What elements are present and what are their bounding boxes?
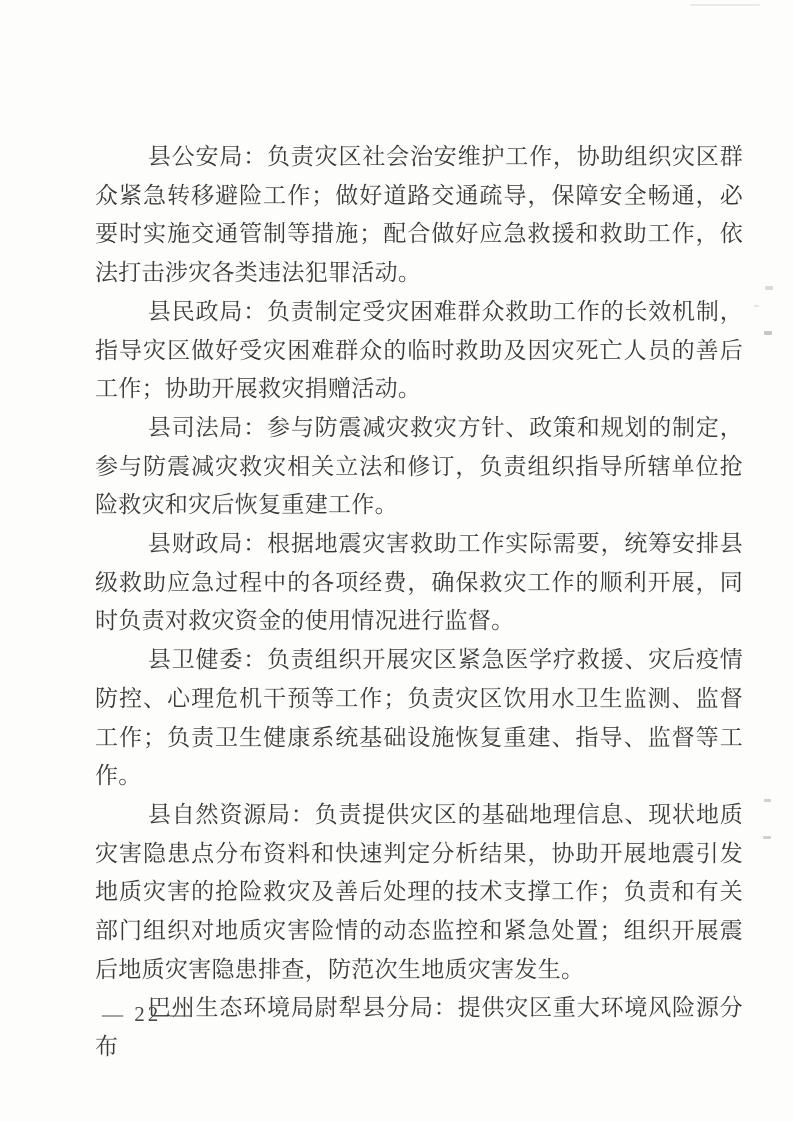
paragraph-finance-bureau: 县财政局：根据地震灾害救助工作实际需要，统筹安排县级救助应急过程中的各项经费，确… [95,525,743,641]
document-page: 县公安局：负责灾区社会治安维护工作，协助组织灾区群众紧急转移避险工作；做好道路交… [0,0,793,1122]
scan-artifact [763,836,771,839]
paragraph-civil-affairs-bureau: 县民政局：负责制定受灾困难群众救助工作的长效机制，指导灾区做好受灾困难群众的临时… [95,293,743,409]
paragraph-health-commission: 县卫健委：负责组织开展灾区紧急医学疗救援、灾后疫情防控、心理危机干预等工作；负责… [95,641,743,796]
scan-artifact [765,286,773,290]
paragraph-natural-resources-bureau: 县自然资源局：负责提供灾区的基础地理信息、现状地质灾害隐患点分布资料和快速判定分… [95,796,743,990]
page-number: — 22 — [102,1001,194,1027]
paragraph-justice-bureau: 县司法局：参与防震减灾救灾方针、政策和规划的制定，参与防震减灾救灾相关立法和修订… [95,409,743,525]
paragraph-public-security-bureau: 县公安局：负责灾区社会治安维护工作，协助组织灾区群众紧急转移避险工作；做好道路交… [95,138,743,293]
scan-artifact [764,799,771,802]
document-body: 县公安局：负责灾区社会治安维护工作，协助组织灾区群众紧急转移避险工作；做好道路交… [95,138,743,1067]
scan-artifact [764,331,772,335]
scan-artifact [754,305,759,307]
scan-artifact [690,4,760,6]
